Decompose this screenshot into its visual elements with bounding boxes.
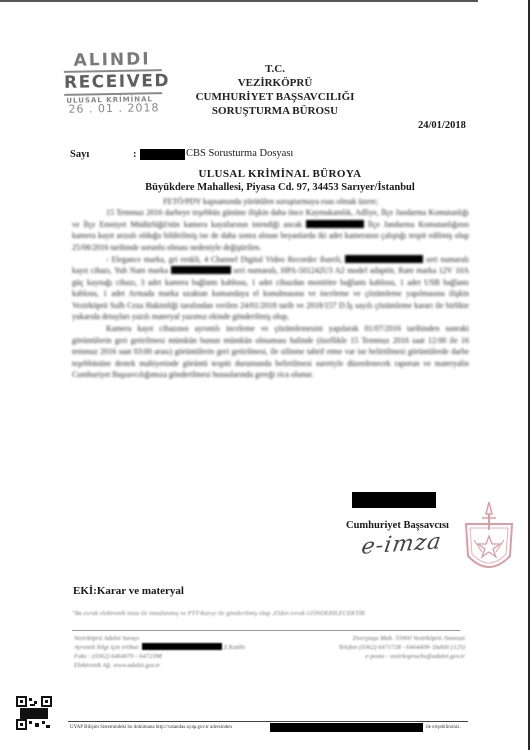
e-signature: e-imza [360, 529, 444, 559]
footer-web: Elektronik Ağ: www.adalet.gov.tr [74, 661, 294, 670]
redaction-bar [140, 149, 185, 160]
redaction-bar [171, 266, 231, 274]
body-paragraph-3: Kamera kayıt cihazının ayrıntılı incelem… [72, 323, 469, 380]
scan-top-edge [0, 0, 478, 2]
delivery-note: "Bu evrak elektronik imza ile imzalanmış… [72, 610, 365, 617]
header-tc: T.C. [150, 62, 400, 76]
redaction-bar [306, 220, 364, 228]
header-bureau: SORUŞTURMA BÜROSU [150, 104, 400, 118]
reference-label: Sayı [70, 149, 89, 160]
body-subject: FETÖ/PDY kapsamında yürütülen soruşturma… [72, 196, 469, 207]
uyap-divider [68, 721, 468, 722]
body-p2-text-a: - Elegance marka, gri renkli, 4 Channel … [106, 255, 342, 264]
reference-text: CBS Sorusturma Dosyası [186, 148, 293, 159]
footer-divider [72, 630, 460, 631]
footer-left: Vezirköprü Adalet Sarayı Ayrıntılı bilgi… [74, 634, 294, 670]
header-city: VEZİRKÖPRÜ [150, 76, 400, 90]
footer-contact: Ayrıntılı bilgi için irtibat: Z.Katibi [74, 643, 294, 652]
redaction-bar [345, 255, 423, 263]
body-paragraph-1: 15 Temmuz 2016 darbeye teşebbüs gününe i… [72, 207, 469, 253]
emblem-icon [462, 500, 516, 580]
redaction-bar [270, 723, 423, 732]
recipient-address: Büyükdere Mahallesi, Piyasa Cd. 97, 3445… [60, 181, 500, 195]
stamp-alindi: ALINDI [73, 49, 150, 70]
uyap-access-text: UYAP Bilişim Sistemindeki bu dokümana ht… [70, 725, 232, 730]
body-paragraph-2: - Elegance marka, gri renkli, 4 Channel … [72, 254, 469, 322]
footer-address: Vezirköprü Adalet Sarayı [74, 634, 294, 643]
attachment-label: EKİ:Karar ve materyal [73, 585, 184, 597]
reference-colon: : [133, 149, 137, 160]
recipient-name: ULUSAL KRİMİNAL BÜROYA [60, 167, 500, 181]
letter-body: FETÖ/PDY kapsamında yürütülen soruşturma… [72, 196, 469, 381]
recipient-block: ULUSAL KRİMİNAL BÜROYA Büyükdere Mahalle… [60, 167, 500, 195]
footer-street: Ziverpaşa Mah. 55900 Vezirköprü /Samsun [285, 634, 465, 643]
signer-name-redaction [352, 492, 436, 508]
footer-right: Ziverpaşa Mah. 55900 Vezirköprü /Samsun … [285, 634, 465, 661]
header-office: CUMHURİYET BAŞSAVCILIĞI [150, 90, 400, 104]
redaction-bar [142, 643, 222, 650]
qr-code-icon [16, 696, 52, 730]
uyap-access-end: ile erişebilirsiniz. [426, 725, 461, 730]
footer-fax: Faks : (0362) 6464670 - 6472398 [74, 652, 294, 661]
stamp-date: 26 . 01 . 2018 [68, 101, 159, 116]
footer-email: e-posta : vezirkoprucbs@adalet.gov.tr [285, 652, 465, 661]
document-header: T.C. VEZİRKÖPRÜ CUMHURİYET BAŞSAVCILIĞI … [150, 62, 400, 118]
document-date: 24/01/2018 [418, 120, 466, 131]
footer-phone: Telefon (0362) 6471728 - 6464409- Dahili… [285, 643, 465, 652]
